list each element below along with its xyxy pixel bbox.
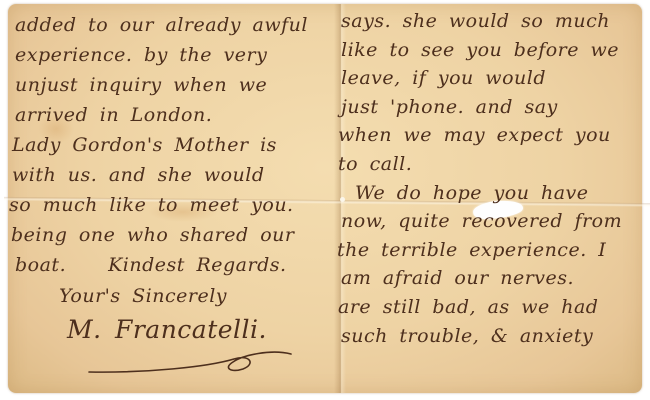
letter-signoff: Your's Sincerely (59, 280, 323, 312)
letter-page-left: added to our already awful experience. b… (15, 10, 323, 374)
letter-word-boat: boat. (15, 254, 66, 276)
signature: M. Francatelli. (67, 312, 323, 348)
letter-line: when we may expect you (338, 121, 639, 150)
letter-line: unjust inquiry when we (15, 70, 323, 100)
letter-page-right: says. she would so much like to see you … (341, 7, 639, 350)
letter-line: boat.Kindest Regards. (15, 250, 323, 280)
letter-line: We do hope you have (355, 179, 639, 208)
letter-line: leave, if you would (341, 64, 639, 93)
letter-line: experience. by the very (15, 40, 323, 70)
letter-line: am afraid our nerves. (341, 264, 639, 293)
signature-flourish (85, 348, 295, 374)
letter-line: with us. and she would (12, 160, 323, 190)
letter-line: Lady Gordon's Mother is (12, 130, 323, 160)
letter-line: the terrible experience. I (337, 236, 639, 265)
letter-line: so much like to meet you. (9, 190, 323, 220)
letter-line: now, quite recovered from (341, 207, 639, 236)
letter-line: arrived in London. (15, 100, 323, 130)
letter-line: to call. (338, 150, 639, 179)
letter-line: like to see you before we (341, 36, 639, 65)
letter-closing: Kindest Regards. (108, 254, 286, 276)
letter-line: added to our already awful (15, 10, 323, 40)
letter-line: such trouble, & anxiety (341, 322, 639, 351)
letter-line: are still bad, as we had (338, 293, 639, 322)
letter-line: just 'phone. and say (341, 93, 639, 122)
letter-line: says. she would so much (341, 7, 639, 36)
letter-line: being one who shared our (11, 220, 323, 250)
